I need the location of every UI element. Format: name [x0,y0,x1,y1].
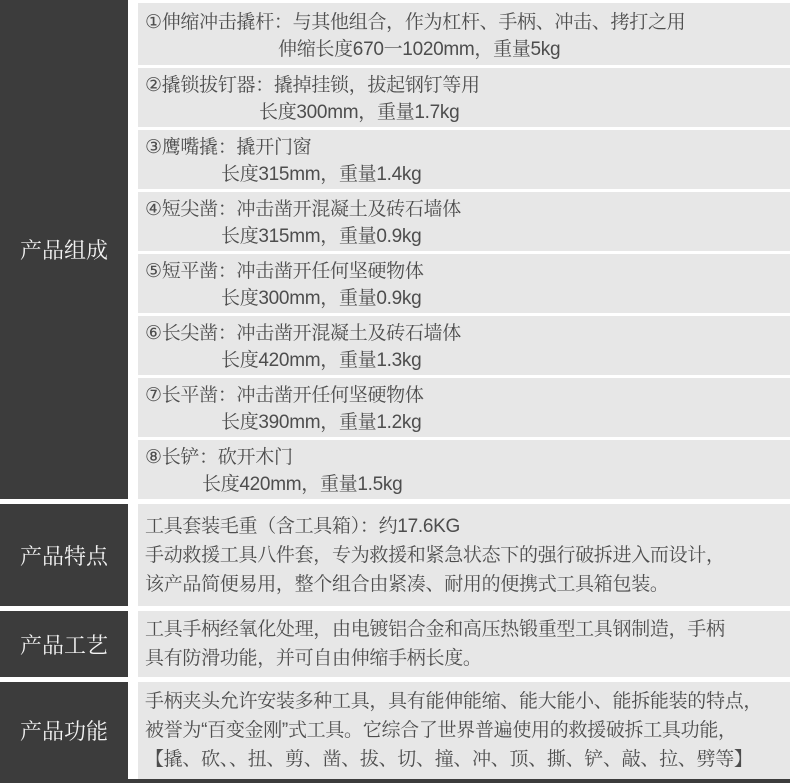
section-craft: 产品工艺 工具手柄经氧化处理，由电镀铝合金和高压热锻重型工具钢制造，手柄具有防滑… [0,606,790,677]
tool-name: ③鹰嘴撬： [145,137,237,158]
section-functions: 产品功能 手柄夹头允许安装多种工具，具有能伸能缩、能大能小、能拆能装的特点，被誉… [0,677,790,779]
tool-name: ⑦长平凿： [145,385,237,406]
tool-name: ②撬锁拔钉器： [145,75,274,96]
sidebar-label-craft: 产品工艺 [20,629,108,660]
tool-line1: ⑦长平凿：冲击凿开任何坚硬物体 [145,382,790,409]
sidebar-label-composition: 产品组成 [20,234,108,265]
tool-row: ⑤短平凿：冲击凿开任何坚硬物体 长度300mm，重量0.9kg [138,251,790,313]
tool-row: ④短尖凿：冲击凿开混凝土及砖石墙体 长度315mm，重量0.9kg [138,189,790,251]
product-spec-table: 产品组成 ①伸缩冲击撬杆：与其他组合，作为杠杆、手柄、冲击、拷打之用 伸缩长度6… [0,0,790,783]
craft-text: 工具手柄经氧化处理，由电镀铝合金和高压热锻重型工具钢制造，手柄具有防滑功能，并可… [138,611,790,677]
tool-row: ⑦长平凿：冲击凿开任何坚硬物体 长度390mm，重量1.2kg [138,375,790,437]
tool-dimensions: 长度390mm，重量1.2kg [145,409,790,436]
text-line: 【撬、砍、、扭、剪、凿、拔、切、撞、冲、顶、撕、铲、敲、拉、劈等】 [145,745,790,774]
tool-line1: ⑥长尖凿：冲击凿开混凝土及砖石墙体 [145,320,790,347]
tool-name: ①伸缩冲击撬杆： [145,12,293,33]
tool-dimensions: 长度300mm，重量1.7kg [145,99,790,126]
tool-row: ①伸缩冲击撬杆：与其他组合，作为杠杆、手柄、冲击、拷打之用 伸缩长度670一10… [138,3,790,65]
tool-dimensions: 长度420mm，重量1.5kg [145,471,790,498]
tool-row: ⑥长尖凿：冲击凿开混凝土及砖石墙体 长度420mm，重量1.3kg [138,313,790,375]
sidebar-cell-features: 产品特点 [0,504,138,606]
tool-description: 冲击凿开混凝土及砖石墙体 [237,199,461,220]
text-line: 工具手柄经氧化处理，由电镀铝合金和高压热锻重型工具钢制造，手柄 [145,615,790,644]
sidebar-label-functions: 产品功能 [20,715,108,746]
tool-name: ④短尖凿： [145,199,237,220]
tool-line1: ⑧长铲：砍开木门 [145,444,790,471]
tool-dimensions: 伸缩长度670一1020mm，重量5kg [145,36,790,63]
tool-dimensions: 长度315mm，重量0.9kg [145,223,790,250]
tool-dimensions: 长度300mm，重量0.9kg [145,285,790,312]
text-line: 具有防滑功能，并可自由伸缩手柄长度。 [145,644,790,673]
tool-name: ⑧长铲： [145,447,218,468]
tool-name: ⑤短平凿： [145,261,237,282]
sidebar-cell-craft: 产品工艺 [0,611,138,677]
bottom-border-bar [0,779,790,783]
tool-line1: ⑤短平凿：冲击凿开任何坚硬物体 [145,258,790,285]
text-line: 工具套装毛重（含工具箱）：约17.6KG [145,512,790,541]
tool-description: 砍开木门 [218,447,293,468]
tool-description: 撬掉挂锁，拔起钢钉等用 [274,75,480,96]
tool-line1: ③鹰嘴撬：撬开门窗 [145,134,790,161]
tool-description: 冲击凿开任何坚硬物体 [237,261,424,282]
tool-dimensions: 长度315mm，重量1.4kg [145,161,790,188]
functions-text: 手柄夹头允许安装多种工具，具有能伸能缩、能大能小、能拆能装的特点，被誉为“百变金… [138,682,790,779]
tool-description: 撬开门窗 [237,137,312,158]
text-line: 被誉为“百变金刚”式工具。它综合了世界普遍使用的救援破拆工具功能， [145,716,790,745]
tool-line1: ④短尖凿：冲击凿开混凝土及砖石墙体 [145,196,790,223]
tool-description: 冲击凿开混凝土及砖石墙体 [237,323,461,344]
text-line: 手柄夹头允许安装多种工具，具有能伸能缩、能大能小、能拆能装的特点， [145,687,790,716]
composition-rows: ①伸缩冲击撬杆：与其他组合，作为杠杆、手柄、冲击、拷打之用 伸缩长度670一10… [138,0,790,499]
text-line: 手动救援工具八件套，专为救援和紧急状态下的强行破拆进入而设计， [145,541,790,570]
tool-row: ③鹰嘴撬：撬开门窗 长度315mm，重量1.4kg [138,127,790,189]
section-composition: 产品组成 ①伸缩冲击撬杆：与其他组合，作为杠杆、手柄、冲击、拷打之用 伸缩长度6… [0,0,790,499]
tool-line1: ②撬锁拔钉器：撬掉挂锁，拔起钢钉等用 [145,72,790,99]
tool-description: 冲击凿开任何坚硬物体 [237,385,424,406]
tool-name: ⑥长尖凿： [145,323,237,344]
section-features: 产品特点 工具套装毛重（含工具箱）：约17.6KG手动救援工具八件套，专为救援和… [0,499,790,606]
tool-line1: ①伸缩冲击撬杆：与其他组合，作为杠杆、手柄、冲击、拷打之用 [145,9,790,36]
sidebar-cell-functions: 产品功能 [0,682,138,779]
tool-description: 与其他组合，作为杠杆、手柄、冲击、拷打之用 [293,12,686,33]
features-text: 工具套装毛重（含工具箱）：约17.6KG手动救援工具八件套，专为救援和紧急状态下… [138,504,790,606]
tool-row: ②撬锁拔钉器：撬掉挂锁，拔起钢钉等用 长度300mm，重量1.7kg [138,65,790,127]
sidebar-label-features: 产品特点 [20,540,108,571]
tool-row: ⑧长铲：砍开木门 长度420mm，重量1.5kg [138,437,790,499]
text-line: 该产品简便易用，整个组合由紧凑、耐用的便携式工具箱包装。 [145,570,790,599]
sidebar-cell-composition: 产品组成 [0,0,138,499]
tool-dimensions: 长度420mm，重量1.3kg [145,347,790,374]
